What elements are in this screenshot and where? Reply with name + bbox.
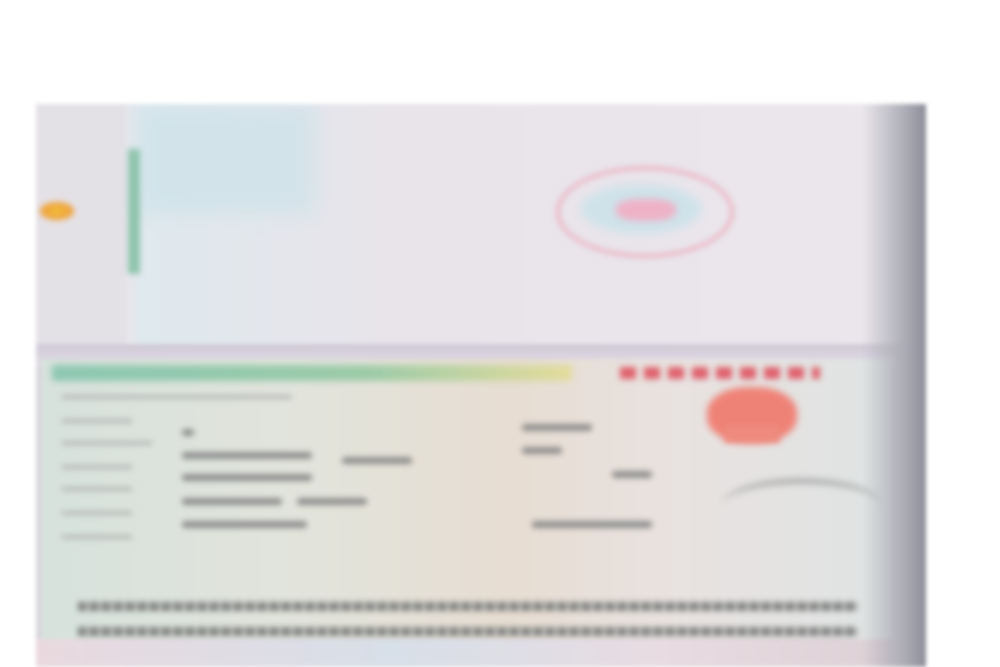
visa-header-band <box>52 365 572 381</box>
field-value <box>522 424 592 431</box>
passport-photo <box>36 104 926 667</box>
field-value <box>522 447 562 454</box>
page-background-pattern <box>136 104 316 214</box>
field-label <box>62 535 132 539</box>
field-value <box>612 471 652 478</box>
field-label <box>62 419 132 423</box>
visa-subtitle <box>62 395 292 399</box>
field-value <box>297 498 367 505</box>
field-label <box>62 441 152 445</box>
stamp-mark-icon <box>616 199 676 221</box>
mrz-line-2 <box>78 627 858 636</box>
field-label <box>62 487 132 491</box>
page-security-strip <box>128 149 140 274</box>
field-value <box>182 429 194 436</box>
mrz-line-1 <box>78 602 858 611</box>
field-value <box>182 452 312 459</box>
left-page-edge <box>36 104 126 359</box>
field-label <box>62 511 132 515</box>
passport-edge-shadow <box>862 104 926 667</box>
field-label <box>62 465 132 469</box>
emblem-base <box>724 425 780 443</box>
great-wall-illustration <box>722 479 882 533</box>
visa-sticker <box>42 359 892 667</box>
lower-page-edge <box>36 639 926 667</box>
hologram-dot <box>40 202 74 220</box>
field-value <box>532 521 652 528</box>
field-value <box>182 498 282 505</box>
field-value <box>182 474 312 481</box>
field-value <box>182 521 307 528</box>
field-value <box>342 457 412 464</box>
visa-serial-number <box>620 367 820 379</box>
